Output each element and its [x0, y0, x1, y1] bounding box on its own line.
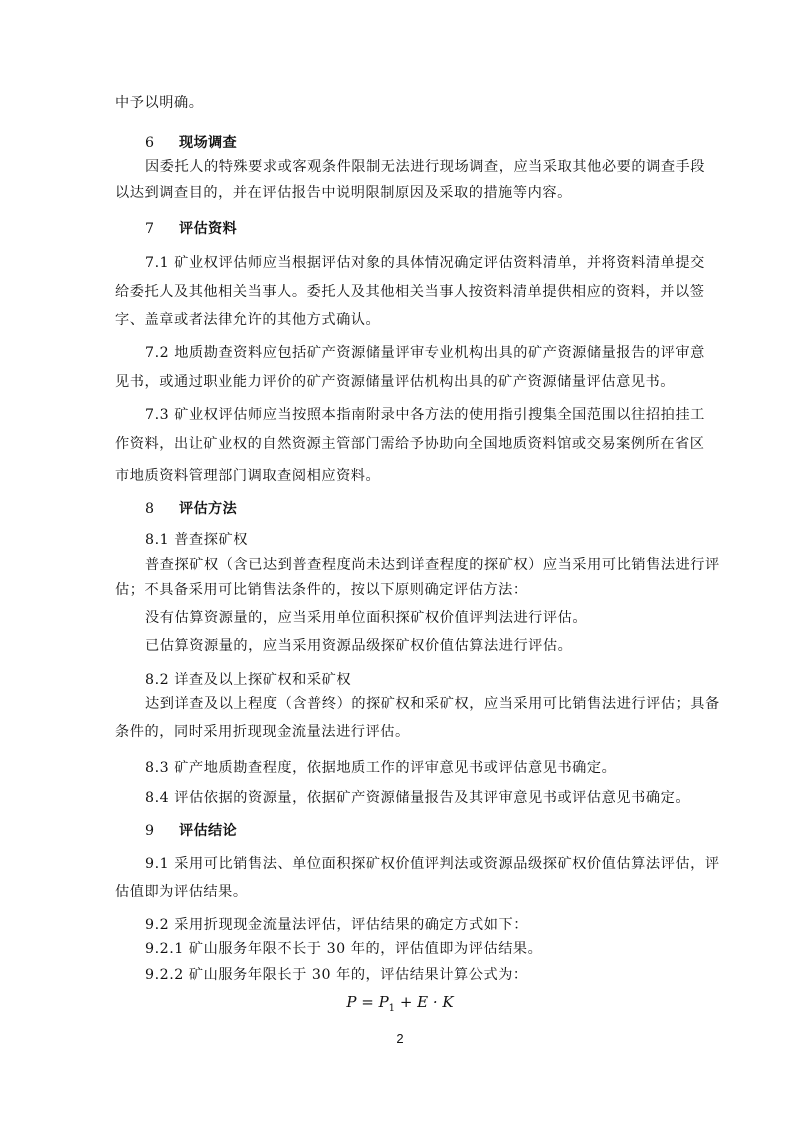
- section-title: 现场调查: [179, 135, 237, 151]
- section-heading: 7评估资料: [145, 220, 237, 238]
- page-number: 2: [0, 1031, 800, 1046]
- paragraph-line: 估；不具备采用可比销售法条件的，按以下原则确定评估方法：: [115, 581, 528, 599]
- section-heading: 9评估结论: [145, 822, 237, 840]
- paragraph-line: 条件的，同时采用折现现金流量法进行评估。: [115, 723, 410, 741]
- paragraph-line: 7.2 地质勘查资料应包括矿产资源储量评审专业机构出具的矿产资源储量报告的评审意: [145, 344, 705, 362]
- section-number: 6: [145, 134, 179, 152]
- paragraph-line: 给委托人及其他相关当事人。委托人及其他相关当事人按资料清单提供相应的资料，并以签: [115, 283, 705, 301]
- section-title: 评估方法: [179, 501, 237, 517]
- paragraph-line: 8.2 详查及以上探矿权和采矿权: [145, 671, 351, 689]
- formula-rest: + E · K: [395, 993, 454, 1011]
- paragraph-line: 作资料，出让矿业权的自然资源主管部门需给予协助向全国地质资料馆或交易案例所在省区: [115, 435, 705, 453]
- paragraph-line: 9.2 采用折现现金流量法评估，评估结果的确定方式如下：: [145, 916, 528, 934]
- paragraph-line: 字、盖章或者法律允许的其他方式确认。: [115, 311, 380, 329]
- formula: P = P1 + E · K: [0, 993, 800, 1014]
- paragraph-line: 没有估算资源量的，应当采用单位面积探矿权价值评判法进行评估。: [145, 609, 587, 627]
- formula-p: P: [379, 993, 389, 1011]
- section-title: 评估结论: [179, 823, 237, 839]
- paragraph-line: 普查探矿权（含已达到普查程度尚未达到详查程度的探矿权）应当采用可比销售法进行评: [145, 556, 720, 574]
- paragraph-line: 9.1 采用可比销售法、单位面积探矿权价值评判法或资源品级探矿权价值估算法评估，…: [145, 855, 720, 873]
- paragraph-line: 达到详查及以上程度（含普终）的探矿权和采矿权，应当采用可比销售法进行评估；具备: [145, 695, 720, 713]
- paragraph-line: 7.1 矿业权评估师应当根据评估对象的具体情况确定评估资料清单，并将资料清单提交: [145, 254, 705, 272]
- paragraph-line: 估值即为评估结果。: [115, 883, 248, 901]
- paragraph-line: 中予以明确。: [115, 94, 203, 112]
- paragraph-line: 以达到调查目的，并在评估报告中说明限制原因及采取的措施等内容。: [115, 184, 572, 202]
- section-heading: 8评估方法: [145, 500, 237, 518]
- paragraph-line: 8.4 评估依据的资源量，依据矿产资源储量报告及其评审意见书或评估意见书确定。: [145, 789, 690, 807]
- formula-lhs: P: [346, 993, 356, 1011]
- paragraph-line: 已估算资源量的，应当采用资源品级探矿权价值估算法进行评估。: [145, 637, 572, 655]
- paragraph-line: 7.3 矿业权评估师应当按照本指南附录中各方法的使用指引搜集全国范围以往招拍挂工: [145, 406, 705, 424]
- paragraph-line: 8.1 普查探矿权: [145, 531, 248, 549]
- section-title: 评估资料: [179, 221, 237, 237]
- paragraph-line: 9.2.2 矿山服务年限长于 30 年的，评估结果计算公式为：: [145, 966, 528, 984]
- section-number: 7: [145, 220, 179, 238]
- paragraph-line: 见书，或通过职业能力评价的矿产资源储量评估机构出具的矿产资源储量评估意见书。: [115, 373, 675, 391]
- paragraph-line: 9.2.1 矿山服务年限不长于 30 年的，评估值即为评估结果。: [145, 940, 542, 958]
- paragraph-line: 因委托人的特殊要求或客观条件限制无法进行现场调查，应当采取其他必要的调查手段: [145, 158, 705, 176]
- section-number: 9: [145, 822, 179, 840]
- formula-equals: =: [356, 993, 378, 1011]
- paragraph-line: 市地质资料管理部门调取查阅相应资料。: [115, 467, 380, 485]
- paragraph-line: 8.3 矿产地质勘查程度，依据地质工作的评审意见书或评估意见书确定。: [145, 759, 616, 777]
- section-number: 8: [145, 500, 179, 518]
- section-heading: 6现场调查: [145, 134, 237, 152]
